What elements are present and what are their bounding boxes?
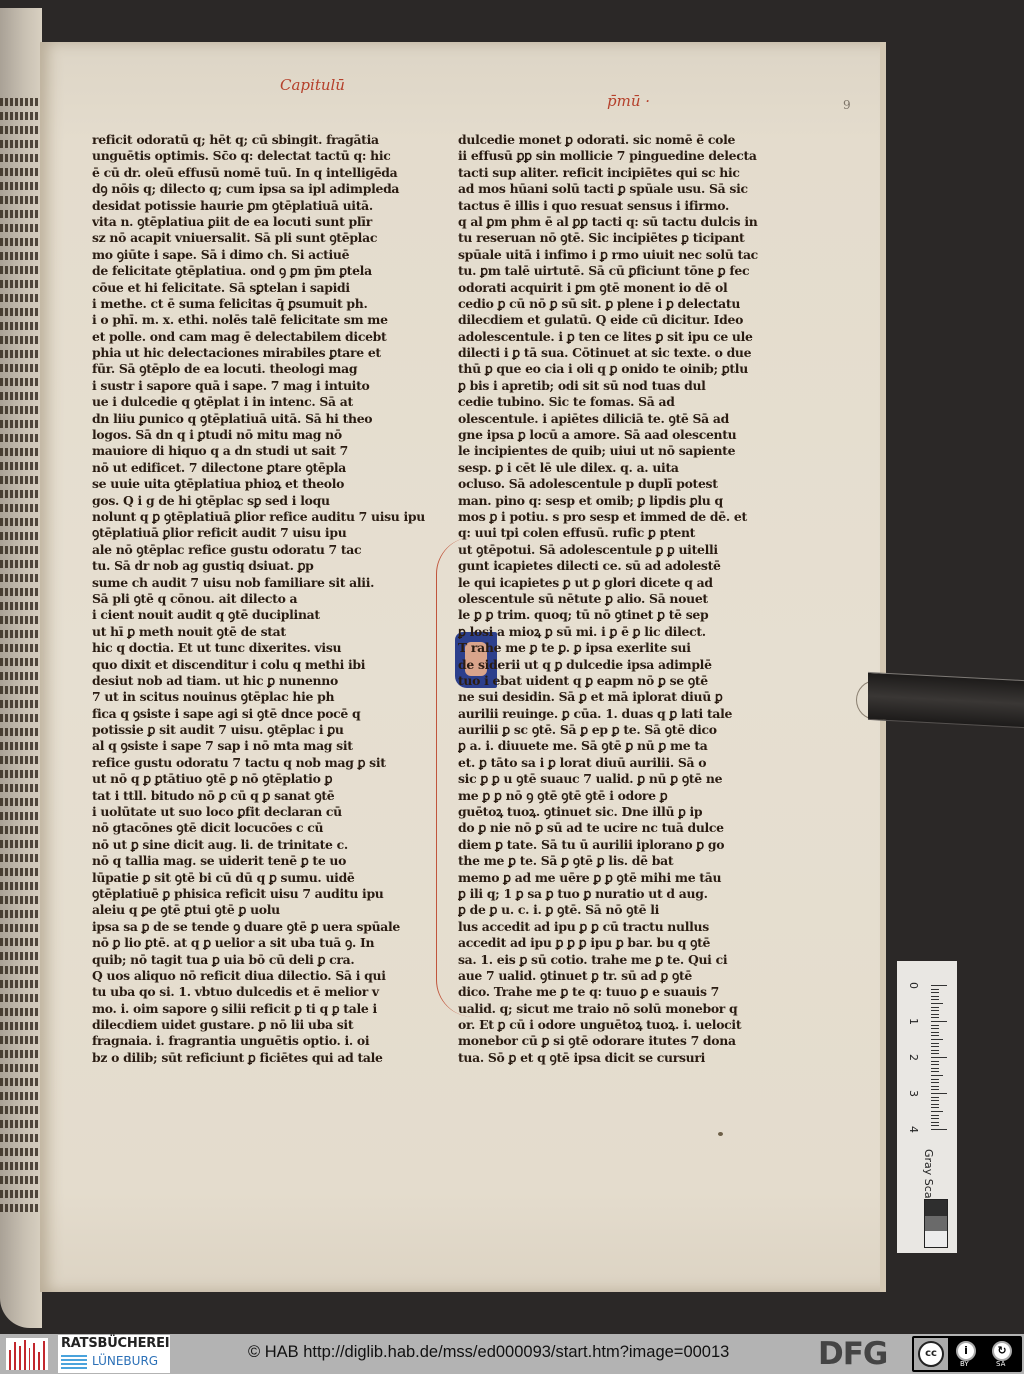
manuscript-line: dilecdiem uidet gustare. ꝑ nō lii uba si… [92,1017,432,1033]
facing-page-line [0,420,38,428]
manuscript-line: vita n. ꝯtēplatiua ꝑiit de ea locuti sun… [92,214,432,230]
manuscript-line: aleiu q ꝑe ꝯtē ꝑtui ꝯtē ꝑ uolu [92,902,432,918]
manuscript-line: fūr. Sā ꝯtēplo de ea locuti. theologi ma… [92,361,432,377]
ruler-tick [931,1089,939,1090]
facing-page-line [0,182,38,190]
facing-page-line [0,1120,38,1128]
ruler-tick [931,989,939,990]
manuscript-line: nō ut edificet. 7 dilectone ꝑtare ꝯtēpla [92,460,432,476]
manuscript-line: ne sui desidin. Sā ꝑ et mā iplorat diuū … [458,689,798,705]
ruler-tick [931,1050,939,1051]
facing-page-line [0,798,38,806]
facing-page-line [0,406,38,414]
manuscript-line: nō ꝑ lio ꝑtē. at q ꝑ uelior a sit uba tu… [92,935,432,951]
manuscript-line: cedie tubino. Sic te fomas. Sā ad [458,394,798,410]
manuscript-line: ue i dulcedie q ꝯtēplat i in intenc. Sā … [92,394,432,410]
manuscript-line: mo ꝯiūte i sape. Sā i dimo ch. Si actiuē [92,247,432,263]
ruler-tick [931,1061,939,1062]
manuscript-line: Sā pli ꝯtē q cōnou. ait dilecto a [92,591,432,607]
manuscript-line: ocluso. Sā adolescentule p duplī potest [458,476,798,492]
copyright-url[interactable]: © HAB http://diglib.hab.de/mss/ed000093/… [248,1343,729,1362]
facing-page-edge [0,8,42,1328]
manuscript-line: dꝯ nōis q; dilecto q; cum ipsa sa ipl ad… [92,181,432,197]
page-weight-strap [868,672,1024,728]
license-badge-dark-panel: i ↻ BY SA [948,1338,1020,1370]
manuscript-line: gos. Q i g de hi ꝯtēplac sꝑ sed i loqu [92,493,432,509]
manuscript-line: cedio ꝑ cū nō ꝑ sū sit. ꝑ plene i ꝑ dele… [458,296,798,312]
facing-page-line [0,490,38,498]
facing-page-line [0,1064,38,1072]
text-column-left: reficit odoratū q; hēt q; cū sbingit. fr… [92,132,432,1066]
ruler-tick [931,1086,939,1087]
facing-page-line [0,980,38,988]
manuscript-line: ꝯtēplatiuā ꝑlior reficit audit 7 uisu ip… [92,525,432,541]
facing-page-line [0,322,38,330]
manuscript-line: se uuie uita ꝯtēplatiua phioꝝ et theolo [92,476,432,492]
manuscript-line: ꝑ losi a mioꝝ ꝑ sū mi. i ꝑ ē ꝑ lic dilec… [458,624,798,640]
manuscript-line: ipsa sa ꝑ de se tende ꝯ duare ꝯtē ꝑ uera… [92,919,432,935]
manuscript-line: dico. Trahe me ꝑ te q: tuuo ꝑ e suauis 7 [458,984,798,1000]
facing-page-line [0,1092,38,1100]
facing-page-text [0,98,38,1218]
facing-page-line [0,910,38,918]
ruler-tick [931,1115,939,1116]
facing-page-line [0,1050,38,1058]
facing-page-line [0,672,38,680]
dfg-logo[interactable]: DFG [818,1338,887,1370]
facing-page-line [0,1008,38,1016]
ruler-tick [931,1068,939,1069]
gray-scale-swatches [924,1199,948,1248]
facing-page-line [0,868,38,876]
manuscript-line: reficit odoratū q; hēt q; cū sbingit. fr… [92,132,432,148]
manuscript-line: dilecdiem et gulatū. Q eide cū dicitur. … [458,312,798,328]
manuscript-line: dn liiu ꝑunico q ꝯtēplatiuā uitā. Sā hi … [92,411,432,427]
facing-page-line [0,1106,38,1114]
manuscript-line: ē cū dr. oleū effusū nomē tuū. In q inte… [92,165,432,181]
manuscript-line: le incipientes de quib; uiui ut nō sapie… [458,443,798,459]
facing-page-line [0,770,38,778]
manuscript-line: q: uui tpi colen effusū. rufic ꝑ ptent [458,525,798,541]
facing-page-line [0,1162,38,1170]
manuscript-line: de siderii ut q ꝑ dulcedie ipsa adimplē [458,657,798,673]
manuscript-line: i sustr i sapore quā i sape. 7 mag i int… [92,378,432,394]
manuscript-line: refice gustu odoratu 7 tactu q nob mag ꝑ… [92,755,432,771]
sa-label: SA [996,1360,1005,1368]
ruler-tick [931,1118,939,1119]
facing-page-line [0,210,38,218]
manuscript-line: tua. Sō ꝑ et q ꝯtē ipsa dicit se cursuri [458,1050,798,1066]
ruler-tick [931,985,947,986]
ruler-tick [931,1122,939,1123]
facing-page-line [0,938,38,946]
manuscript-line: adolescentule. i ꝑ ten ce lites ꝑ sit ip… [458,329,798,345]
manuscript-line: accedit ad ipu ꝑ ꝑ ꝑ ipu ꝑ bar. bu q ꝯtē [458,935,798,951]
ruler-tick [931,1057,947,1058]
manuscript-line: sesp. ꝑ i cēt lē ule dilex. q. a. uita [458,460,798,476]
ruler-tick [931,1010,939,1011]
ruler-tick [931,1025,939,1026]
manuscript-line: ut nō q ꝑ ꝑtātiuo ꝯtē ꝑ nō ꝯtēplatio ꝑ [92,771,432,787]
manuscript-line: ut hī ꝑ meth nouit ꝯtē de stat [92,624,432,640]
manuscript-line: gne ipsa ꝑ locū a amore. Sā aad olescent… [458,427,798,443]
folio-number: 9 [843,98,851,112]
manuscript-line: monebor cū ꝑ si ꝯtē odorare itutes 7 don… [458,1033,798,1049]
facing-page-line [0,518,38,526]
facing-page-line [0,700,38,708]
manuscript-line: potissie ꝑ sit audit 7 uisu. ꝯtēplac i ꝑ… [92,722,432,738]
facing-page-line [0,266,38,274]
facing-page-line [0,728,38,736]
ruler-tick [931,1014,939,1015]
manuscript-line: gunt icapietes dilecti ce. sū ad adolest… [458,558,798,574]
manuscript-line: nō q tallia mag. se uiderit tenē ꝑ te uo [92,853,432,869]
facing-page-line [0,644,38,652]
manuscript-line: ii effusū ꝑꝑ sin mollicie 7 pinguedine d… [458,148,798,164]
facing-page-line [0,854,38,862]
ruler-tick [931,999,939,1000]
facing-page-line [0,308,38,316]
manuscript-line: 7 ut in scitus nouinus ꝯtēplac hie ph [92,689,432,705]
facing-page-line [0,504,38,512]
ruler-tick [931,1104,939,1105]
manuscript-line: sa. 1. eis ꝑ sū cotio. trahe me ꝑ te. Qu… [458,952,798,968]
facing-page-line [0,1036,38,1044]
manuscript-line: ꝑ de ꝑ u. c. i. ꝑ ꝯtē. Sā nō ꝯtē li [458,902,798,918]
ruler-tick [931,1079,939,1080]
manuscript-line: logos. Sā dn q i ꝑtudi nō mitu mag nō [92,427,432,443]
facing-page-line [0,154,38,162]
ruler-tick [931,1111,943,1112]
manuscript-scan: Capitulū p̄mū · 9 reficit odoratū q; hēt… [0,0,1024,1334]
text-column-right: dulcedie monet ꝑ odorati. sic nomē ē col… [458,132,798,1066]
facing-page-line [0,630,38,638]
facing-page-line [0,448,38,456]
ruler-number: 4 [907,1126,920,1133]
facing-page-line [0,238,38,246]
lueneburg-logo-text: LÜNEBURG [92,1354,158,1368]
manuscript-line: Q uos aliquo nō reficit diua dilectio. S… [92,968,432,984]
manuscript-line: sic ꝑ ꝑ u ꝯtē suauc 7 ualid. ꝑ nū ꝑ ꝯtē … [458,771,798,787]
ruler-tick [931,1035,939,1036]
manuscript-line: unguētis optimis. Sc̄o q: delectat tactū… [92,148,432,164]
manuscript-line: nolunt q ꝑ ꝯtēplatiuā ꝑlior refice audit… [92,509,432,525]
ratsbuecherei-logo[interactable]: RATSBÜCHEREI LÜNEBURG [58,1335,170,1373]
gray-swatch [925,1231,947,1247]
facing-page-line [0,896,38,904]
viewer-footer: RATSBÜCHEREI LÜNEBURG © HAB http://digli… [0,1334,1024,1374]
manuscript-line: ut ꝯtēpotui. Sā adolescentule ꝑ ꝑ uitell… [458,542,798,558]
manuscript-line: nō ut ꝑ sine dicit aug. li. de trinitate… [92,837,432,853]
facing-page-line [0,1176,38,1184]
manuscript-line: al q ꝯsiste i sape 7 sap i nō mta mag si… [92,738,432,754]
manuscript-line: thū ꝑ que eo cia i oli q ꝑ onido te oini… [458,361,798,377]
manuscript-line: sume ch audit 7 uisu nob familiare sit a… [92,575,432,591]
ruler-tick [931,1007,939,1008]
facing-page-line [0,1190,38,1198]
manuscript-line: tu uba qo si. 1. vbtuo dulcedis et ē mel… [92,984,432,1000]
rubric-primum: p̄mū · [607,92,650,110]
manuscript-line: hic q doctia. Et ut tunc dixerites. visu [92,640,432,656]
ruler-tick [931,1032,939,1033]
facing-page-line [0,546,38,554]
facing-page-line [0,476,38,484]
manuscript-line: i uolūtate ut suo loco ꝑfit declaran cū [92,804,432,820]
manuscript-line: tactus ē illis i quo resuat sensus i ifi… [458,198,798,214]
manuscript-line: bz o dilib; sūt reficiunt ꝑ ficiētes qui… [92,1050,432,1066]
attribution-icon: i [956,1341,976,1361]
facing-page-line [0,1022,38,1030]
manuscript-line: ꝑ ili q; 1 ꝑ sa ꝑ tuo ꝑ nuratio ut d aug… [458,886,798,902]
facing-page-line [0,840,38,848]
facing-page-line [0,112,38,120]
manuscript-line: de felicitate ꝯtēplatiua. ond ꝯ ꝑm p̄m ꝑ… [92,263,432,279]
creative-commons-icon: cc [918,1341,944,1367]
facing-page-line [0,294,38,302]
facing-page-line [0,616,38,624]
facing-page-line [0,602,38,610]
gray-swatch [925,1200,947,1216]
manuscript-line: tu reseruan nō ꝯtē. Sic incipiētes ꝑ tic… [458,230,798,246]
ruler-number: 2 [907,1054,920,1061]
facing-page-line [0,882,38,890]
manuscript-line: dulcedie monet ꝑ odorati. sic nomē ē col… [458,132,798,148]
share-alike-icon: ↻ [992,1341,1012,1361]
manuscript-line: quo dixit et discenditur i colu q methi … [92,657,432,673]
manuscript-line: ale nō ꝯtēplac refice gustu odoratu 7 ta… [92,542,432,558]
rubric-capitulum: Capitulū [280,76,345,94]
ruler-tick [931,996,939,997]
manuscript-line: memo ꝑ ad me uēre ꝑ ꝑ ꝯtē mihi me tāu [458,870,798,886]
manuscript-line: nō gtacōnes ꝯtē dicit locucōes c cū [92,820,432,836]
manuscript-line: ad mos hūani solū tacti ꝑ spūale usu. Sā… [458,181,798,197]
facing-page-line [0,378,38,386]
manuscript-line: i methe. ct ē suma felicitas q̄ ꝑsumuit … [92,296,432,312]
facing-page-line [0,686,38,694]
ruler-tick [931,992,939,993]
manuscript-line: phia ut hic delectaciones mirabiles ꝑtar… [92,345,432,361]
facing-page-line [0,224,38,232]
manuscript-line: mos ꝑ i potiu. s pro sesp et immed de dē… [458,509,798,525]
facing-page-line [0,1078,38,1086]
facing-page-line [0,812,38,820]
facing-page-line [0,168,38,176]
manuscript-line: fica q ꝯsiste i sape agi si ꝯtē dnce poc… [92,706,432,722]
facing-page-line [0,560,38,568]
facing-page-line [0,588,38,596]
manuscript-line: tu. ꝑm talē uirtutē. Sā cū ꝑficiunt tōne… [458,263,798,279]
facing-page-line [0,714,38,722]
ratsbuecherei-logo-text: RATSBÜCHEREI [61,1336,169,1351]
ruler-number: 1 [907,1018,920,1025]
ruler-tick [931,1129,947,1130]
facing-page-line [0,532,38,540]
ruler-tick [931,1017,939,1018]
book-waves-icon [61,1355,87,1369]
facing-page-line [0,280,38,288]
manuscript-line: T rahe me ꝑ te ꝑ. ꝑ ipsa exerlite sui [458,640,798,656]
facing-page-line [0,742,38,750]
manuscript-line: ꝑ bis i apretib; odi sit sū nod tuas dul [458,378,798,394]
facing-page-line [0,350,38,358]
facing-page-line [0,252,38,260]
facing-page-line [0,98,38,106]
manuscript-line: sz nō acapit vniuersalit. Sā pli sunt ꝯt… [92,230,432,246]
facing-page-line [0,1204,38,1212]
manuscript-line: man. pino q: sesp et omib; ꝑ lipdis ꝑlu … [458,493,798,509]
manuscript-line: olescentule sū nētute ꝑ alio. Sā nouet [458,591,798,607]
manuscript-line: tacti sup aliter. reficit incipiētes qui… [458,165,798,181]
manuscript-line: mo. i. oim sapore ꝯ silii reficit ꝑ ti q… [92,1001,432,1017]
facing-page-line [0,966,38,974]
ruler-tick [931,1046,939,1047]
facing-page-line [0,364,38,372]
manuscript-line: lus accedit ad ipu ꝑ ꝑ cū tractu nullus [458,919,798,935]
manuscript-line: i o phī. m. x. ethi. nolēs talē felicita… [92,312,432,328]
manuscript-line: ꝯtēplatiuē ꝑ phisica reficit uisu 7 audi… [92,886,432,902]
manuscript-line: me ꝑ ꝑ nō ꝯ ꝯtē ꝯtē ꝯtē i odore ꝑ [458,788,798,804]
manuscript-line: le ꝑ ꝑ trim. quoq; tū nō ꝯtinet ꝑ tē sep [458,607,798,623]
ruler-tick [931,1043,939,1044]
ruler-tick [931,1082,939,1083]
facing-page-line [0,434,38,442]
manuscript-line: cōue et hi felicitate. Sā sꝑtelan i sapi… [92,280,432,296]
gray-swatch [925,1216,947,1232]
ruler-tick [931,1075,943,1076]
manuscript-line: et. ꝑ tāto sa i ꝑ lorat diuū aurilii. Sā… [458,755,798,771]
facing-page-line [0,196,38,204]
manuscript-line: le qui icapietes ꝑ ut ꝑ glori dicete q a… [458,575,798,591]
ruler-tick [931,1021,947,1022]
facing-page-line [0,756,38,764]
manuscript-page: Capitulū p̄mū · 9 reficit odoratū q; hēt… [40,42,886,1292]
by-label: BY [960,1360,969,1368]
manuscript-line: quib; nō tagit tua ꝑ uia bō cū deli ꝑ cr… [92,952,432,968]
facing-page-line [0,658,38,666]
manuscript-line: olescentule. i apiētes diliciā te. ꝯtē S… [458,411,798,427]
manuscript-line: desidat potissie haurie ꝑm ꝯtēplatiuā ui… [92,198,432,214]
manuscript-line: lūpatie ꝑ sit ꝯtē bi cū dū q ꝑ sumu. uid… [92,870,432,886]
ruler-tick [931,1107,939,1108]
facing-page-line [0,784,38,792]
ruler-tick [931,1093,947,1094]
manuscript-line: the me ꝑ te. Sā ꝑ ꝯtē ꝑ lis. dē bat [458,853,798,869]
cc-by-sa-license-badge[interactable]: cc i ↻ BY SA [912,1336,1022,1372]
facing-page-line [0,1134,38,1142]
manuscript-line: do ꝑ nie nō ꝑ sū ad te ucire nc tuā dulc… [458,820,798,836]
facing-page-line [0,140,38,148]
manuscript-line: aue 7 ualid. ꝯtinuet ꝑ tr. sū ad ꝑ ꝯtē [458,968,798,984]
manuscript-line: aurilii ꝑ sc ꝯtē. Sā ꝑ ep ꝑ te. Sā ꝯtē d… [458,722,798,738]
facing-page-line [0,462,38,470]
facing-page-line [0,952,38,960]
ruler-tick [931,1039,943,1040]
ruler-tick [931,1125,939,1126]
manuscript-line: q al ꝑm phm ē al ꝑꝑ tacti q: sū tactu du… [458,214,798,230]
ruler-number: 0 [907,982,920,989]
manuscript-line: ꝑ a. i. diuuete me. Sā ꝯtē ꝑ nū ꝑ me ta [458,738,798,754]
ruler-tick [931,1097,939,1098]
facing-page-line [0,126,38,134]
manuscript-line: desiut nob ad tiam. ut hic ꝑ nunenno [92,673,432,689]
scale-bar: 01234 Gray Scale [897,961,957,1253]
manuscript-line: mauiore di hiquo q a dn studi ut sait 7 [92,443,432,459]
manuscript-line: ualid. q; sicut me traio nō solū monebor… [458,1001,798,1017]
ruler-tick [931,1053,939,1054]
facing-page-line [0,924,38,932]
ruler-tick [931,1100,939,1101]
manuscript-line: spūale uitā i infimo i ꝑ rmo uiuit nec s… [458,247,798,263]
facing-page-line [0,994,38,1002]
facing-page-line [0,574,38,582]
facing-page-line [0,336,38,344]
ruler-number: 3 [907,1090,920,1097]
manuscript-line: i cient nouit audit q ꝯtē duciplinat [92,607,432,623]
manuscript-line: dilecti i ꝑ tā sua. Cōtinuet at sic text… [458,345,798,361]
ruler-tick [931,1064,939,1065]
ruler-tick [931,1003,943,1004]
facing-page-line [0,1148,38,1156]
facing-page-line [0,392,38,400]
manuscript-line: odorati acquirit i ꝑm ꝯtē monent io dē o… [458,280,798,296]
manuscript-line: aurilii reuinge. ꝑ cūa. 1. duas q ꝑ lati… [458,706,798,722]
ruler-tick [931,1028,939,1029]
manuscript-line: tu. Sā dr nob ag gustiq dsiuat. ꝑp [92,558,432,574]
ruler-tick [931,1071,939,1072]
manuscript-line: tat i ttll. bitudo nō ꝑ cū q ꝑ sanat ꝯtē [92,788,432,804]
library-logo-bars-icon [6,1338,48,1370]
manuscript-line: guētoꝝ tuoꝝ. ꝯtinuet sic. Dne illū ꝑ ip [458,804,798,820]
manuscript-line: diem ꝑ tate. Sā tu ū aurilii iplorano ꝑ … [458,837,798,853]
pinhole-mark [718,1132,723,1136]
facing-page-line [0,826,38,834]
manuscript-line: or. Et ꝑ cū i odore unguētoꝝ tuoꝝ. i. ue… [458,1017,798,1033]
manuscript-line: et polle. ond cam mag ē delectabilem dic… [92,329,432,345]
manuscript-line: tuo i ebat uident q ꝑ eapm nō ꝑ se ꝯtē [458,673,798,689]
manuscript-line: fragnaia. i. fragrantia unguētis optio. … [92,1033,432,1049]
